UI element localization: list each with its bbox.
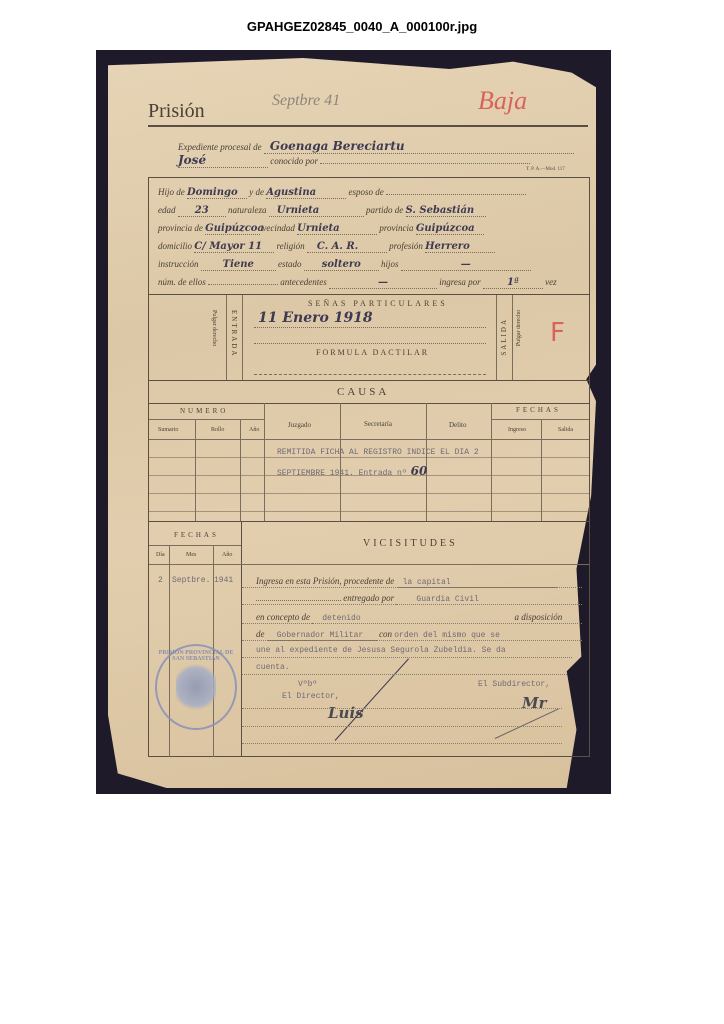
conocido-label: conocido por	[270, 156, 318, 166]
num-label: núm. de ellos	[158, 277, 206, 287]
date-month: Septbre.	[172, 576, 210, 585]
senas-value: 11 Enero 1918	[258, 310, 373, 326]
coat-of-arms-icon	[176, 663, 216, 711]
vecindad-value: Urnieta	[297, 223, 377, 235]
vecindad-label: vecindad	[262, 223, 294, 233]
col-dia: Día	[156, 552, 165, 558]
divider	[496, 295, 497, 380]
ruled-line	[242, 657, 572, 658]
subdirector-label: El Subdirector,	[478, 680, 550, 689]
col-ano: Año	[249, 427, 259, 433]
senas-line	[254, 343, 486, 344]
page-title: Prisión	[148, 100, 205, 123]
religion-value: C. A. R.	[307, 241, 387, 253]
edad-value: 23	[178, 205, 226, 217]
con-value: orden del mismo que se	[394, 631, 500, 640]
antecedentes-label: antecedentes	[280, 277, 326, 287]
formula-title: FORMULA DACTILAR	[316, 348, 429, 357]
formula-line	[254, 374, 486, 375]
row-rule	[149, 511, 589, 512]
salida-label: SALIDA	[500, 318, 508, 356]
vobo-label: Vºbº	[298, 680, 317, 689]
instruccion-row: instrucción Tiene estado soltero hijos —	[158, 259, 531, 271]
causa-title: CAUSA	[337, 386, 389, 398]
divider	[149, 380, 589, 381]
given-name: José	[178, 153, 268, 168]
senas-title: SEÑAS PARTICULARES	[308, 299, 448, 308]
domicilio-row: domicilio C/ Mayor 11 religión C. A. R. …	[158, 241, 495, 253]
col-secretaria: Secretaría	[364, 420, 392, 428]
antecedentes-row: núm. de ellos antecedentes — ingresa por…	[158, 277, 557, 289]
date-year: 1941	[214, 576, 233, 585]
instruccion-value: Tiene	[201, 259, 276, 271]
estado-label: estado	[278, 259, 302, 269]
stamp-text: PRISIÓN PROVINCIAL DE SAN SEBASTIÁN	[157, 650, 235, 662]
col-sumario: Sumario	[158, 427, 178, 433]
form-code: T. P. A.—Mod. 117	[526, 167, 565, 172]
profesion-label: profesión	[389, 241, 423, 251]
conocido-row: José conocido por	[178, 153, 530, 168]
y-de-value: Agustina	[266, 187, 346, 199]
domicilio-value: C/ Mayor 11	[194, 241, 274, 253]
divider	[149, 545, 241, 546]
hijo-value: Domingo	[187, 187, 247, 199]
entrada-label: ENTRADA	[230, 310, 238, 357]
antecedentes-value: —	[329, 277, 437, 289]
y-de-label: y de	[249, 187, 264, 197]
vicisitudes-line5: une al expediente de Jesusa Segurola Zub…	[256, 646, 506, 655]
col-rule	[491, 403, 492, 521]
blank-fill	[256, 600, 341, 601]
conocido-value	[320, 163, 530, 164]
hijos-label: hijos	[381, 259, 399, 269]
causa-typed-line1: REMITIDA FICHA AL REGISTRO INDICE EL DIA…	[277, 448, 479, 457]
divider	[226, 295, 227, 380]
vicisitudes-title: VICISITUDES	[363, 538, 458, 549]
ruled-line	[242, 743, 562, 744]
profesion-value: Herrero	[425, 241, 495, 253]
file-title: GPAHGEZ02845_0040_A_000100r.jpg	[0, 19, 724, 34]
pencil-note: Septbre 41	[272, 92, 340, 110]
esposo-label: esposo de	[349, 187, 384, 197]
ruled-line	[242, 623, 582, 624]
pulgar-left-label: Pulgar derecho	[211, 310, 217, 346]
row-rule	[149, 493, 589, 494]
col-ano: Año	[222, 552, 232, 558]
col-rule	[241, 521, 242, 757]
vic-fechas-header: FECHAS	[174, 531, 219, 539]
subdirector-signature: Mr	[522, 694, 547, 712]
naturaleza-value: Urnieta	[269, 205, 364, 217]
esposo-value	[386, 194, 526, 195]
col-rule	[195, 419, 196, 521]
col-rule	[240, 419, 241, 521]
col-rule	[264, 403, 265, 521]
hijo-label: Hijo de	[158, 187, 185, 197]
parents-row: Hijo de Domingo y de Agustina esposo de	[158, 187, 526, 199]
ingresa-label: ingresa por	[439, 277, 480, 287]
col-mes: Mes	[186, 552, 196, 558]
ruled-line	[242, 587, 582, 588]
domicilio-label: domicilio	[158, 241, 192, 251]
date-day: 2	[158, 576, 163, 585]
ingresa-prison-label: Ingresa en esta Prisión, procedente de	[256, 576, 394, 586]
concepto-label: en concepto de	[256, 612, 310, 622]
vez-label: vez	[545, 277, 557, 287]
col-rule	[541, 419, 542, 521]
senas-line	[254, 327, 486, 328]
con-label: con	[379, 629, 392, 639]
red-mark: Baja	[478, 86, 527, 116]
divider	[149, 294, 589, 295]
pulgar-right-label: Pulgar derecho	[516, 310, 522, 346]
edad-label: edad	[158, 205, 176, 215]
col-juzgado: Juzgado	[288, 421, 311, 429]
vicisitudes-line6: cuenta.	[256, 663, 290, 672]
ruled-line	[242, 640, 582, 641]
entregado-label: entregado por	[343, 593, 394, 603]
divider	[149, 403, 589, 404]
causa-typed-line2-row: SEPTIEMBRE 1941. Entrada nº 60	[277, 462, 427, 480]
divider	[491, 419, 589, 420]
expediente-label: Expediente procesal de	[178, 142, 262, 152]
divider	[242, 295, 243, 380]
num-value	[208, 284, 278, 285]
expediente-row: Expediente procesal de Goenaga Bereciart…	[178, 139, 574, 154]
provincia1-value: Guipúzcoa	[205, 223, 260, 235]
religion-label: religión	[277, 241, 305, 251]
red-letter-mark: F	[550, 318, 565, 348]
ruled-line	[242, 674, 567, 675]
causa-typed-line2: SEPTIEMBRE 1941. Entrada nº	[277, 469, 407, 478]
ruled-line	[242, 604, 582, 605]
provincia2-value: Guipúzcoa	[416, 223, 484, 235]
edad-row: edad 23 naturaleza Urnieta partido de S.…	[158, 205, 486, 217]
col-ingreso: Ingreso	[508, 427, 526, 433]
partido-value: S. Sebastián	[406, 205, 486, 217]
de-label: de	[256, 629, 265, 639]
estado-value: soltero	[304, 259, 379, 271]
prison-stamp: PRISIÓN PROVINCIAL DE SAN SEBASTIÁN	[155, 644, 237, 730]
hijos-value: —	[401, 259, 531, 271]
naturaleza-label: naturaleza	[228, 205, 267, 215]
ruled-line	[242, 726, 562, 727]
expediente-value: Goenaga Bereciartu	[264, 139, 574, 154]
divider	[149, 564, 589, 565]
ingresa-value: 1ª	[483, 277, 543, 289]
disposicion-label: a disposición	[514, 612, 562, 622]
divider	[149, 439, 589, 440]
numero-header: NUMERO	[180, 407, 228, 415]
divider	[149, 521, 589, 522]
col-salida: Salida	[558, 427, 573, 433]
entry-number: 60	[411, 464, 428, 478]
col-delito: Delito	[449, 421, 467, 429]
divider	[512, 295, 513, 380]
provincia2-label: provincia	[379, 223, 413, 233]
divider	[149, 419, 264, 420]
fechas-header: FECHAS	[516, 406, 561, 414]
instruccion-label: instrucción	[158, 259, 199, 269]
row-rule	[149, 457, 589, 458]
title-rule	[148, 125, 588, 127]
provincia1-label: provincia de	[158, 223, 203, 233]
provincia-row: provincia de Guipúzcoa vecindad Urnieta …	[158, 223, 484, 235]
col-rollo: Rollo	[211, 427, 224, 433]
ruled-line	[242, 708, 562, 709]
director-label: El Director,	[282, 692, 340, 701]
partido-label: partido de	[366, 205, 403, 215]
